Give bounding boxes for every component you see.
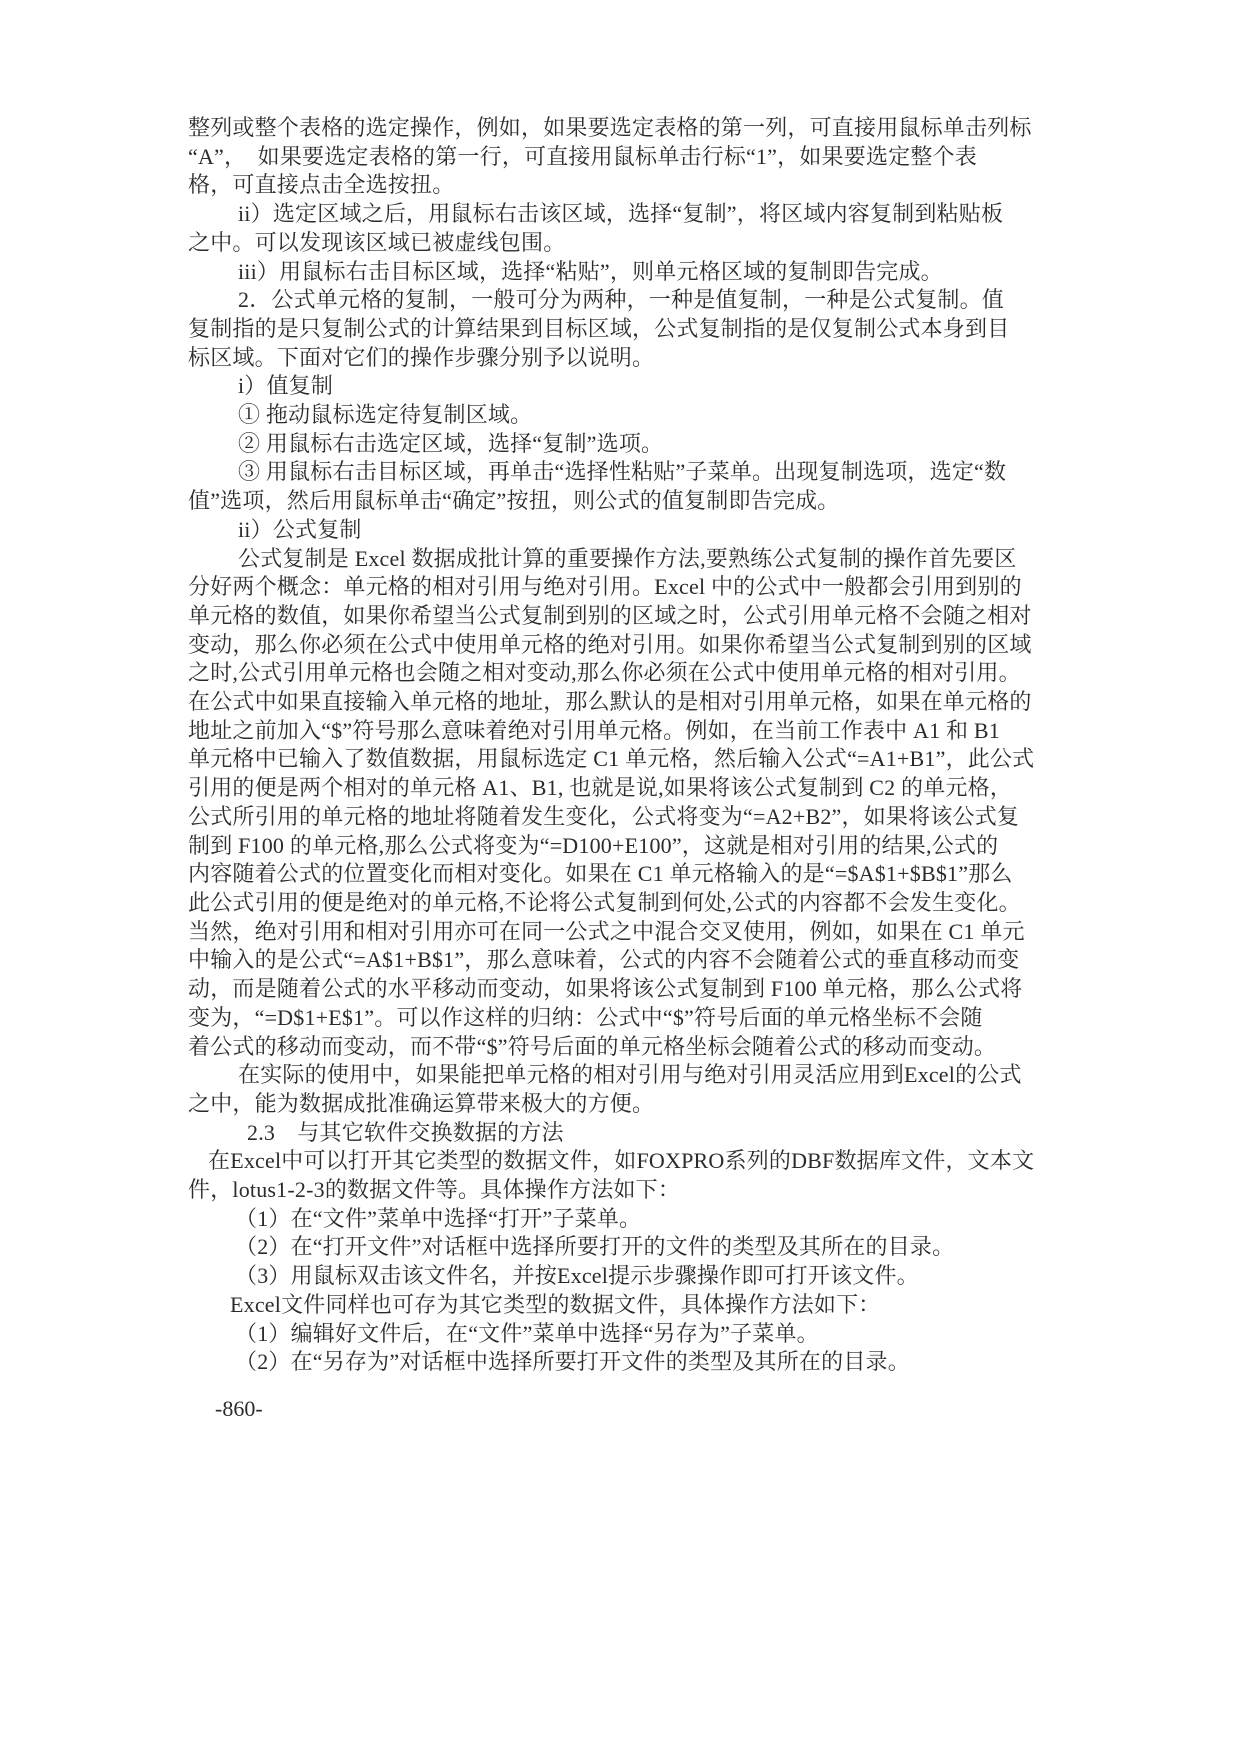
text-block: 整列或整个表格的选定操作，例如，如果要选定表格的第一列，可直接用鼠标单击列标“A… bbox=[188, 114, 1188, 1424]
text-line: “A”， 如果要选定表格的第一行，可直接用鼠标单击行标“1”，如果要选定整个表 bbox=[188, 143, 1188, 172]
text-line: 在公式中如果直接输入单元格的地址，那么默认的是相对引用单元格，如果在单元格的 bbox=[188, 688, 1188, 717]
text-line: 分好两个概念：单元格的相对引用与绝对引用。Excel 中的公式中一般都会引用到别… bbox=[188, 573, 1188, 602]
text-line: ③ 用鼠标右击目标区域，再单击“选择性粘贴”子菜单。出现复制选项，选定“数 bbox=[188, 458, 1188, 487]
text-line: 公式复制是 Excel 数据成批计算的重要操作方法,要熟练公式复制的操作首先要区 bbox=[188, 545, 1188, 574]
text-line: （1）编辑好文件后，在“文件”菜单中选择“另存为”子菜单。 bbox=[188, 1320, 1188, 1349]
text-line: 之时,公式引用单元格也会随之相对变动,那么你必须在公式中使用单元格的相对引用。 bbox=[188, 659, 1188, 688]
text-line: 变为，“=D$1+E$1”。可以作这样的归纳：公式中“$”符号后面的单元格坐标不… bbox=[188, 1004, 1188, 1033]
page-number: -860- bbox=[188, 1395, 1188, 1424]
text-line: 单元格的数值，如果你希望当公式复制到别的区域之时，公式引用单元格不会随之相对 bbox=[188, 602, 1188, 631]
text-line: 动，而是随着公式的水平移动而变动，如果将该公式复制到 F100 单元格，那么公式… bbox=[188, 975, 1188, 1004]
text-line: 公式所引用的单元格的地址将随着发生变化，公式将变为“=A2+B2”，如果将该公式… bbox=[188, 803, 1188, 832]
text-line: 之中。可以发现该区域已被虚线包围。 bbox=[188, 229, 1188, 258]
text-line: 当然，绝对引用和相对引用亦可在同一公式之中混合交叉使用，例如，如果在 C1 单元 bbox=[188, 918, 1188, 947]
text-line: 格，可直接点击全选按扭。 bbox=[188, 171, 1188, 200]
text-line: 内容随着公式的位置变化而相对变化。如果在 C1 单元格输入的是“=$A$1+$B… bbox=[188, 860, 1188, 889]
text-line: i）值复制 bbox=[188, 372, 1188, 401]
text-line: 值”选项，然后用鼠标单击“确定”按扭，则公式的值复制即告完成。 bbox=[188, 487, 1188, 516]
text-line: 整列或整个表格的选定操作，例如，如果要选定表格的第一列，可直接用鼠标单击列标 bbox=[188, 114, 1188, 143]
text-line: 制到 F100 的单元格,那么公式将变为“=D100+E100”，这就是相对引用… bbox=[188, 832, 1188, 861]
text-line: 在Excel中可以打开其它类型的数据文件，如FOXPRO系列的DBF数据库文件，… bbox=[188, 1147, 1188, 1176]
text-line: （1）在“文件”菜单中选择“打开”子菜单。 bbox=[188, 1205, 1188, 1234]
text-line: 之中，能为数据成批准确运算带来极大的方便。 bbox=[188, 1090, 1188, 1119]
text-line: 地址之前加入“$”符号那么意味着绝对引用单元格。例如，在当前工作表中 A1 和 … bbox=[188, 717, 1188, 746]
text-line: （2）在“打开文件”对话框中选择所要打开的文件的类型及其所在的目录。 bbox=[188, 1233, 1188, 1262]
text-line: ② 用鼠标右击选定区域，选择“复制”选项。 bbox=[188, 430, 1188, 459]
document-page: 整列或整个表格的选定操作，例如，如果要选定表格的第一列，可直接用鼠标单击列标“A… bbox=[0, 0, 1241, 1755]
text-line: （3）用鼠标双击该文件名，并按Excel提示步骤操作即可打开该文件。 bbox=[188, 1262, 1188, 1291]
text-line: 引用的便是两个相对的单元格 A1、B1, 也就是说,如果将该公式复制到 C2 的… bbox=[188, 774, 1188, 803]
text-line: ① 拖动鼠标选定待复制区域。 bbox=[188, 401, 1188, 430]
section-heading: 2.3 与其它软件交换数据的方法 bbox=[188, 1119, 1188, 1148]
text-line: （2）在“另存为”对话框中选择所要打开文件的类型及其所在的目录。 bbox=[188, 1348, 1188, 1377]
text-line: 着公式的移动而变动，而不带“$”符号后面的单元格坐标会随着公式的移动而变动。 bbox=[188, 1033, 1188, 1062]
text-line: 2．公式单元格的复制，一般可分为两种，一种是值复制，一种是公式复制。值 bbox=[188, 286, 1188, 315]
text-line: 复制指的是只复制公式的计算结果到目标区域，公式复制指的是仅复制公式本身到目 bbox=[188, 315, 1188, 344]
text-line: 此公式引用的便是绝对的单元格,不论将公式复制到何处,公式的内容都不会发生变化。 bbox=[188, 889, 1188, 918]
text-line: 变动，那么你必须在公式中使用单元格的绝对引用。如果你希望当公式复制到别的区域 bbox=[188, 631, 1188, 660]
text-line: 在实际的使用中，如果能把单元格的相对引用与绝对引用灵活应用到Excel的公式 bbox=[188, 1061, 1188, 1090]
text-line: ii）公式复制 bbox=[188, 516, 1188, 545]
text-line: 单元格中已输入了数值数据，用鼠标选定 C1 单元格，然后输入公式“=A1+B1”… bbox=[188, 745, 1188, 774]
text-line: 中输入的是公式“=A$1+B$1”，那么意味着，公式的内容不会随着公式的垂直移动… bbox=[188, 946, 1188, 975]
text-line: 标区域。下面对它们的操作步骤分别予以说明。 bbox=[188, 344, 1188, 373]
text-line: ii）选定区域之后，用鼠标右击该区域，选择“复制”，将区域内容复制到粘贴板 bbox=[188, 200, 1188, 229]
text-line: iii）用鼠标右击目标区域，选择“粘贴”，则单元格区域的复制即告完成。 bbox=[188, 258, 1188, 287]
text-line: Excel文件同样也可存为其它类型的数据文件，具体操作方法如下： bbox=[188, 1291, 1188, 1320]
text-line: 件，lotus1-2-3的数据文件等。具体操作方法如下： bbox=[188, 1176, 1188, 1205]
